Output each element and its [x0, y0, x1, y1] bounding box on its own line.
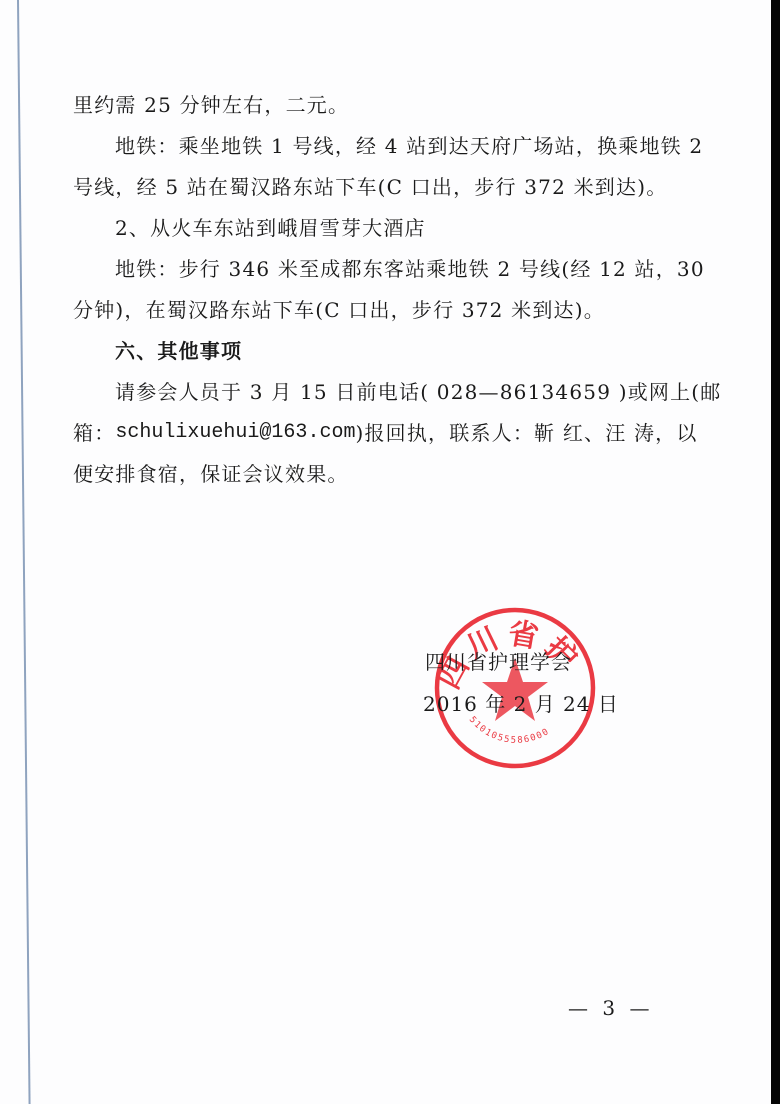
document-page: 里约需 25 分钟左右，二元。 地铁：乘坐地铁 1 号线，经 4 站到达天府广场… [0, 0, 780, 1104]
paragraph-line: 号线，经 5 站在蜀汉路东站下车(C 口出，步行 372 米到达)。 [73, 175, 665, 199]
binding-line [17, 0, 31, 1104]
section-subheading: 2、从火车东站到峨眉雪芽大酒店 [115, 216, 426, 240]
signing-organization: 四川省护理学会 [425, 650, 572, 674]
paragraph-line: 分钟)，在蜀汉路东站下车(C 口出，步行 372 米到达)。 [73, 298, 605, 322]
signing-date: 2016 年 2 月 24 日 [423, 692, 619, 716]
paragraph-line: 地铁：步行 346 米至成都东客站乘地铁 2 号线(经 12 站，30 [115, 257, 665, 281]
official-seal: 四川省护理学会 5101055586000 [430, 600, 600, 770]
email-address: schulixuehui@163.com [115, 421, 355, 445]
section-heading: 六、其他事项 [115, 339, 242, 363]
paragraph-line: 里约需 25 分钟左右，二元。 [73, 93, 349, 117]
svg-text:5101055586000: 5101055586000 [467, 715, 552, 746]
paragraph-line: 地铁：乘坐地铁 1 号线，经 4 站到达天府广场站，换乘地铁 2 [115, 134, 665, 158]
scan-edge [771, 0, 780, 1104]
paragraph-line: 箱： schulixuehui@163.com )报回执，联系人：靳 红、汪 涛… [73, 421, 665, 445]
paragraph-line: 请参会人员于 3 月 15 日前电话( 028—86134659 )或网上(邮 [115, 380, 665, 404]
email-label: 箱： [73, 421, 115, 445]
page-number: — 3 — [568, 996, 653, 1020]
contact-text: )报回执，联系人：靳 红、汪 涛，以 [355, 421, 697, 445]
paragraph-line: 便安排食宿，保证会议效果。 [73, 462, 349, 486]
